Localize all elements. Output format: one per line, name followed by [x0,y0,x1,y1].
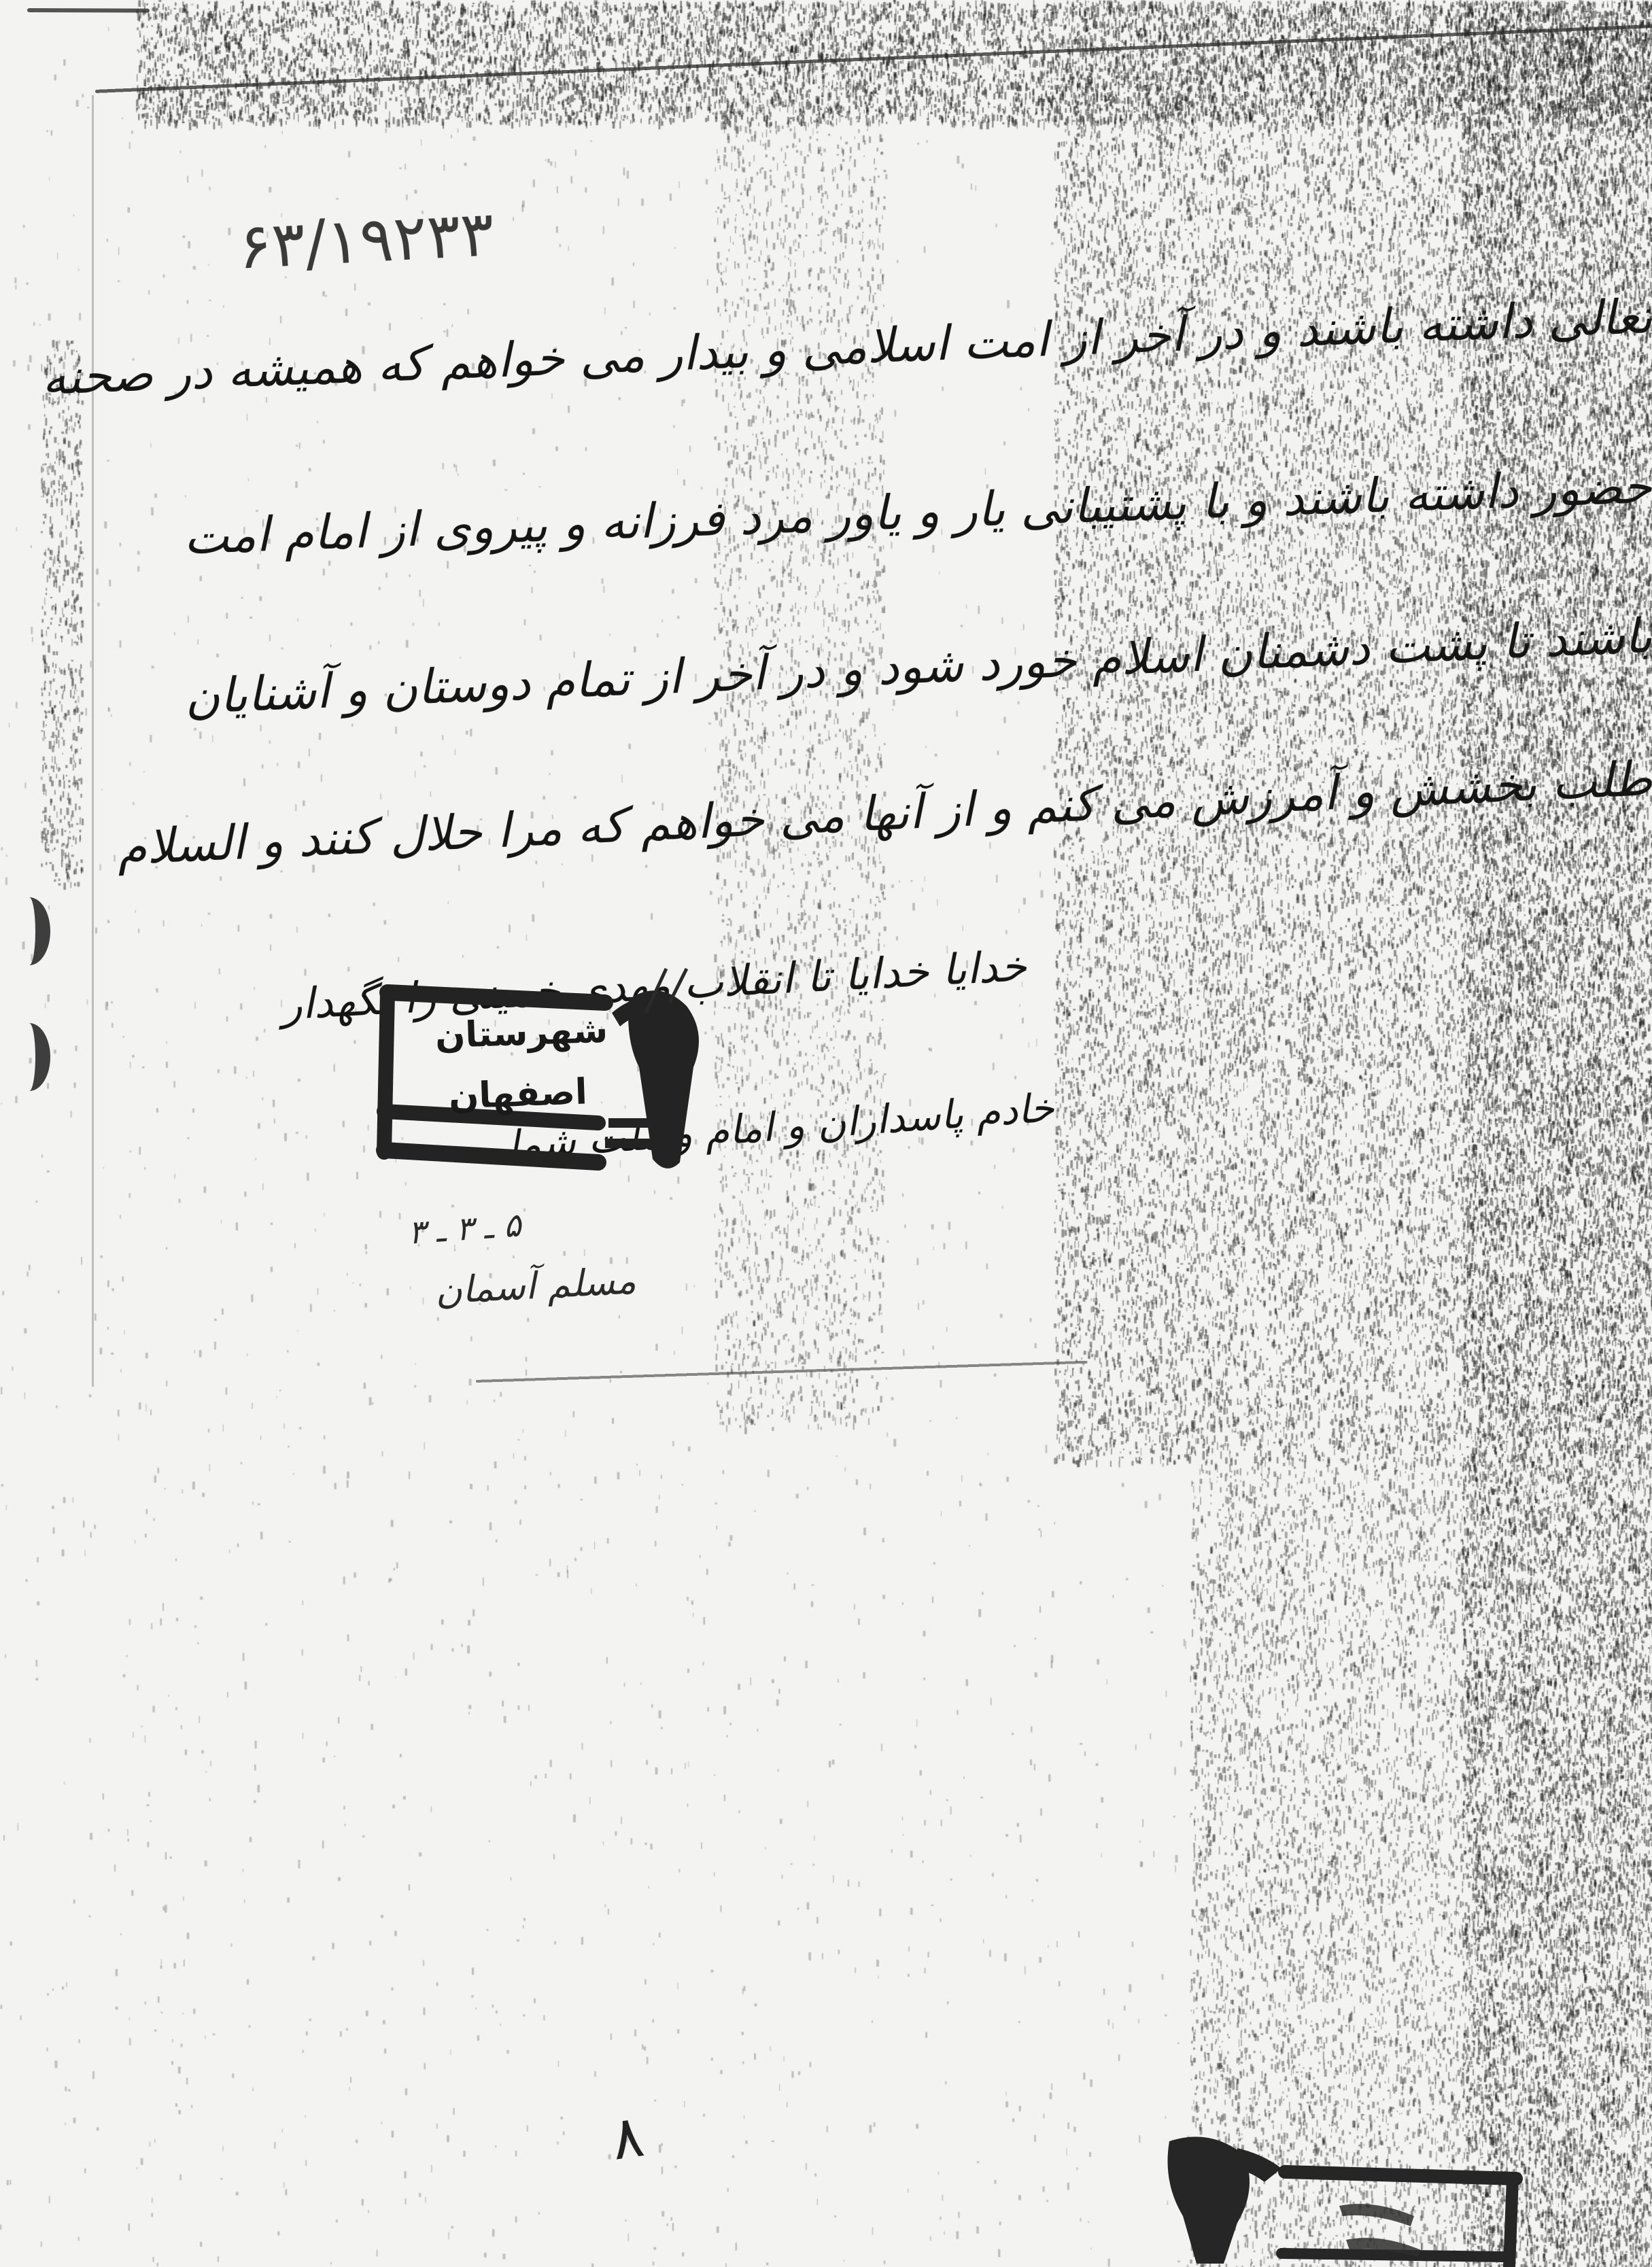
stamp-annotation: مسلم آسمان [434,1259,638,1312]
stamp-annotation: ۵ ـ ۳ ـ ۳ [407,1206,522,1251]
body-line: حضور داشته باشند و با پشتیبانی یار و یاو… [183,462,1652,561]
body-line: باشند تا پشت دشمنان اسلام خورد شود و در … [184,612,1652,721]
binder-hole-mark [8,897,50,965]
scan-edge-line [27,8,150,13]
scan-edge-line [95,24,1652,93]
body-line: طلب بخشش و آمرزش می کنم و از آنها می خوا… [116,755,1652,871]
binder-hole-mark [8,1023,50,1091]
emblem-icon [1168,2136,1282,2264]
scan-margin-line [92,95,94,1387]
stamp-text: اصفهان [448,1071,588,1117]
scan-artifact-line [476,1361,1088,1383]
partial-stamp [1156,2053,1536,2267]
reference-number: ۶۳/۱۹۲۳۳ [236,197,496,283]
body-line: تعالی داشته باشند و در آخر از امت اسلامی… [41,292,1652,402]
stamp-text: شهرستان [434,1010,608,1057]
emblem-icon [605,990,699,1169]
page-number: ۸ [607,2102,648,2173]
